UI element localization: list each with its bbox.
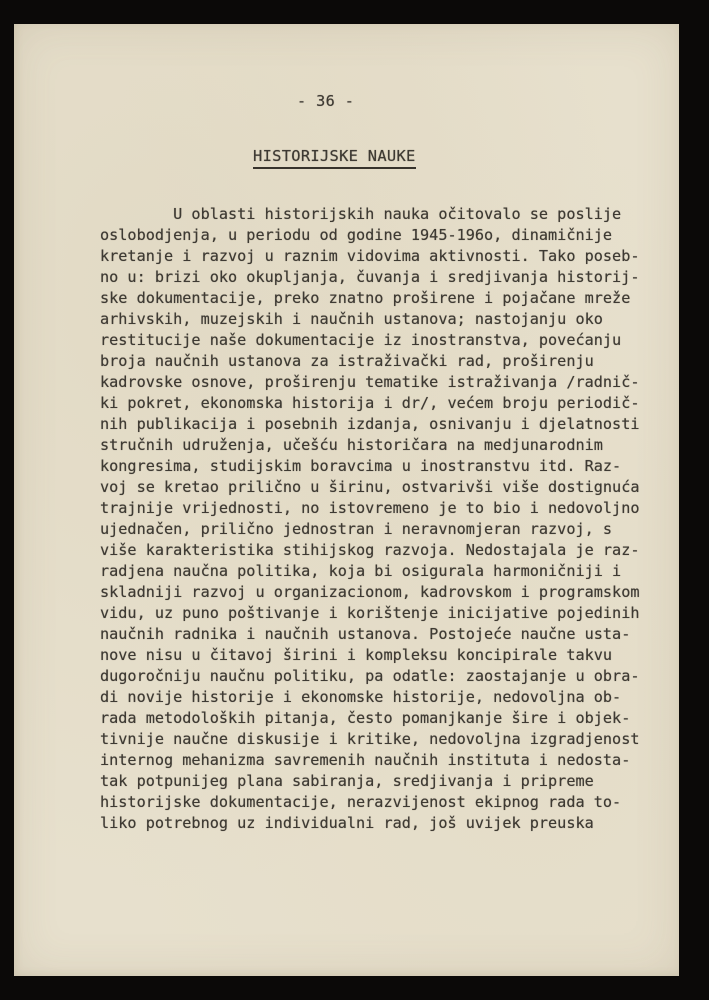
text-line: rada metodoloških pitanja, često pomanjk… xyxy=(100,708,645,729)
text-line: arhivskih, muzejskih i naučnih ustanova;… xyxy=(100,309,645,330)
document-page: - 36 - HISTORIJSKE NAUKE U oblasti histo… xyxy=(14,24,679,976)
text-line: broja naučnih ustanova za istraživački r… xyxy=(100,351,645,372)
text-line: nove nisu u čitavoj širini i kompleksu k… xyxy=(100,645,645,666)
text-line: stručnih udruženja, učešću historičara n… xyxy=(100,435,645,456)
text-line: kongresima, studijskim boravcima u inost… xyxy=(100,456,645,477)
text-line: voj se kretao prilično u širinu, ostvari… xyxy=(100,477,645,498)
section-heading: HISTORIJSKE NAUKE xyxy=(253,147,416,169)
text-line: di novije historije i ekonomske historij… xyxy=(100,687,645,708)
text-line: restitucije naše dokumentacije iz inostr… xyxy=(100,330,645,351)
text-line: oslobodjenja, u periodu od godine 1945-1… xyxy=(100,225,645,246)
page-number: - 36 - xyxy=(297,92,354,110)
text-line: trajnije vrijednosti, no istovremeno je … xyxy=(100,498,645,519)
text-line: no u: brizi oko okupljanja, čuvanja i sr… xyxy=(100,267,645,288)
scan-background: - 36 - HISTORIJSKE NAUKE U oblasti histo… xyxy=(0,0,709,1000)
body-text: U oblasti historijskih nauka očitovalo s… xyxy=(100,204,645,834)
text-line: ujednačen, prilično jednostran i neravno… xyxy=(100,519,645,540)
text-line: nih publikacija i posebnih izdanja, osni… xyxy=(100,414,645,435)
text-line: vidu, uz puno poštivanje i korištenje in… xyxy=(100,603,645,624)
text-line: tak potpunijeg plana sabiranja, sredjiva… xyxy=(100,771,645,792)
text-line: liko potrebnog uz individualni rad, još … xyxy=(100,813,645,834)
text-line: više karakteristika stihijskog razvoja. … xyxy=(100,540,645,561)
text-line: ki pokret, ekonomska historija i dr/, ve… xyxy=(100,393,645,414)
text-line: dugoročniju naučnu politiku, pa odatle: … xyxy=(100,666,645,687)
text-line: kadrovske osnove, proširenju tematike is… xyxy=(100,372,645,393)
text-line: naučnih radnika i naučnih ustanova. Post… xyxy=(100,624,645,645)
text-line: U oblasti historijskih nauka očitovalo s… xyxy=(100,204,645,225)
text-line: tivnije naučne diskusije i kritike, nedo… xyxy=(100,729,645,750)
text-line: radjena naučna politika, koja bi osigura… xyxy=(100,561,645,582)
text-line: skladniji razvoj u organizacionom, kadro… xyxy=(100,582,645,603)
text-line: kretanje i razvoj u raznim vidovima akti… xyxy=(100,246,645,267)
text-line: ske dokumentacije, preko znatno proširen… xyxy=(100,288,645,309)
text-line: internog mehanizma savremenih naučnih in… xyxy=(100,750,645,771)
text-line: historijske dokumentacije, nerazvijenost… xyxy=(100,792,645,813)
